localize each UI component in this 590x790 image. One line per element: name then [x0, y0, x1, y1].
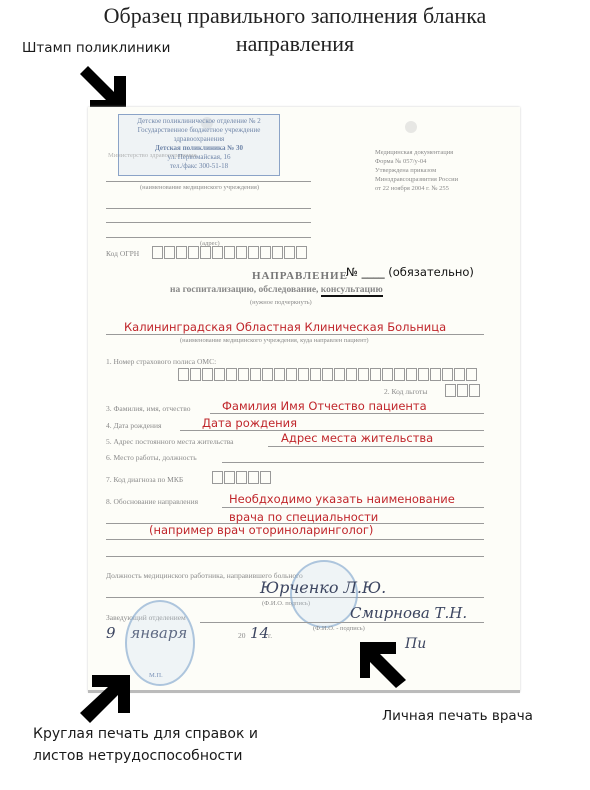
address-annotation: Адрес места жительства [281, 431, 433, 445]
destination-caption: (наименование медицинского учреждения, к… [180, 337, 369, 344]
signature-doctor: Юрченко Л.Ю. [260, 578, 386, 597]
field-address-label: 5. Адрес постоянного места жительства [106, 437, 234, 446]
field-policy-label: 1. Номер страхового полиса ОМС: [106, 357, 216, 366]
field-benefit-label: 2. Код льготы [384, 387, 427, 396]
field-birthdate-label: 4. Дата рождения [106, 421, 161, 430]
doctor-initials: Пи [405, 636, 426, 652]
underline-caption: (нужное подчеркнуть) [250, 299, 312, 306]
ministry-text: Министерство здравоохранения [108, 152, 197, 159]
hospital-annotation: Калининградская Областная Клиническая Бо… [124, 320, 446, 334]
signature-head: Смирнова Т.Н. [350, 604, 467, 622]
date-year-prefix: 20 [238, 631, 246, 640]
reason-annotation-line3: (например врач оториноларинголог) [149, 523, 373, 537]
ogrn-boxes [152, 246, 308, 259]
institution-caption: (наименование медицинского учреждения) [140, 184, 259, 191]
field-work-label: 6. Место работы, должность [106, 453, 197, 462]
birthdate-annotation: Дата рождения [202, 416, 297, 430]
icd-boxes [212, 471, 272, 484]
mp-label: М.П. [149, 672, 163, 679]
reason-annotation-line2: врача по специальности [229, 510, 378, 524]
field-reason-label: 8. Обоснование направления [106, 497, 198, 506]
paper-edge [88, 690, 520, 693]
form-subheading: на госпитализацию, обследование, консуль… [170, 285, 383, 295]
clinic-stamp: Детское поликлиническое отделение № 2 Го… [118, 114, 280, 176]
patient-name-annotation: Фамилия Имя Отчество пациента [222, 399, 427, 413]
round-seal-label-line2: листов нетрудоспособности [33, 748, 243, 764]
arrow-up-right-icon [78, 673, 132, 723]
arrow-up-left-icon [358, 640, 408, 688]
doctor-seal-label: Личная печать врача [382, 708, 533, 724]
document-info: Медицинская документация Форма № 057/у-0… [375, 148, 458, 193]
field-icd-label: 7. Код диагноза по МКБ [106, 475, 183, 484]
round-seal-label-line1: Круглая печать для справок и [33, 726, 258, 742]
field-name-label: 3. Фамилия, имя, отчество [106, 404, 191, 413]
ogrn-label: Код ОГРН [106, 249, 139, 258]
page-title-line1: Образец правильного заполнения бланка [0, 2, 590, 29]
fio-caption-2: (Ф.И.О. - подпись) [313, 625, 365, 632]
date-year: 14 [250, 624, 269, 642]
number-required-note: № ____ (обязательно) [346, 265, 474, 279]
date-suffix: г. [268, 631, 272, 640]
policy-boxes [178, 368, 478, 381]
reason-annotation-line1: Необдходимо указать наименование [229, 492, 455, 506]
punch-hole [405, 121, 417, 133]
clinic-stamp-label: Штамп поликлиники [22, 40, 170, 56]
benefit-boxes [445, 384, 481, 397]
form-heading: НАПРАВЛЕНИЕ [252, 270, 348, 282]
